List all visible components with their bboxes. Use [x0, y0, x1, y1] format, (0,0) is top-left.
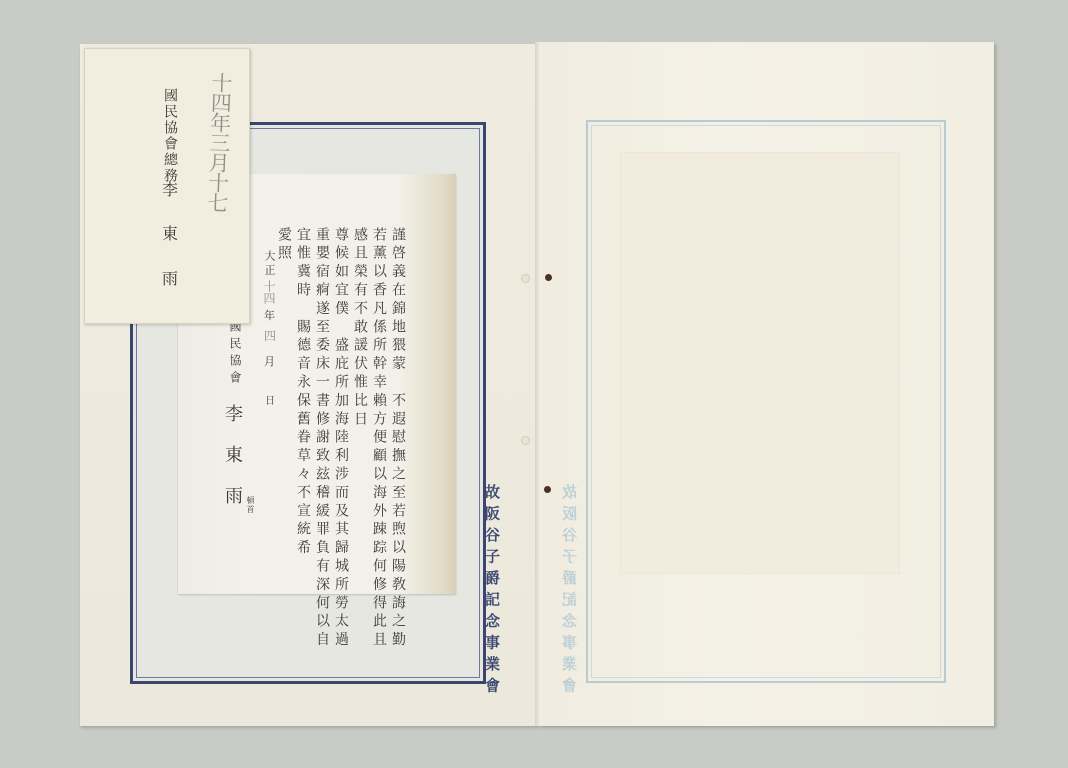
- date-month-handwritten: 四: [264, 327, 276, 344]
- letter-column: 宜惟冀時 賜德音永保舊眷草々不宣統希: [296, 227, 310, 558]
- date-day-label: 日: [265, 392, 275, 407]
- signature-organization: 國民協會: [229, 320, 241, 388]
- album-imprint: 故阪谷子爵記念事業會: [484, 484, 499, 699]
- letter-column: 尊候如宜僕 盛庇所加海陸利涉而及其歸城所勞太過: [334, 227, 348, 650]
- page-gutter: [535, 42, 539, 726]
- binding-hole: [545, 274, 552, 281]
- card-organization-title: 國民協會總務: [163, 88, 177, 184]
- letter-column: 愛照: [277, 227, 291, 264]
- right-page-plate-mark: [620, 152, 900, 574]
- letter-column: 若薰以香凡係所幹幸賴方便顧以海外踈踪何修得此且: [372, 227, 386, 650]
- signature-name-char: 東: [225, 441, 243, 467]
- letter-column: 感且榮有不敢諼伏惟比日: [353, 227, 367, 429]
- card-name-char: 雨: [162, 266, 178, 289]
- signature-closing: 頓首: [246, 496, 254, 514]
- date-month-label: 月: [264, 353, 275, 369]
- binding-hole: [521, 436, 530, 445]
- letter-column: 謹啓義在錦地猥蒙 不遐慰撫之至若煦以陽敎誨之勤: [391, 227, 405, 650]
- date-year-handwritten: 十四: [263, 280, 275, 304]
- date-year-label: 年: [264, 307, 275, 323]
- card-handwritten-date: 十四年三月十七: [206, 72, 232, 213]
- date-era-vertical: 大正: [264, 250, 275, 278]
- binding-hole: [521, 274, 530, 283]
- binding-hole: [544, 486, 551, 493]
- signature-name-char: 雨: [225, 482, 243, 508]
- signature-name-char: 李: [225, 400, 243, 426]
- card-name-char: 東: [162, 221, 178, 244]
- card-name-char: 李: [162, 177, 178, 200]
- ghost-imprint: 故阪谷子爵記念事業會: [563, 484, 578, 699]
- letter-column: 重嬰宿痾遂至委床一書修謝致玆稽緩罪負有深何以自: [315, 227, 329, 650]
